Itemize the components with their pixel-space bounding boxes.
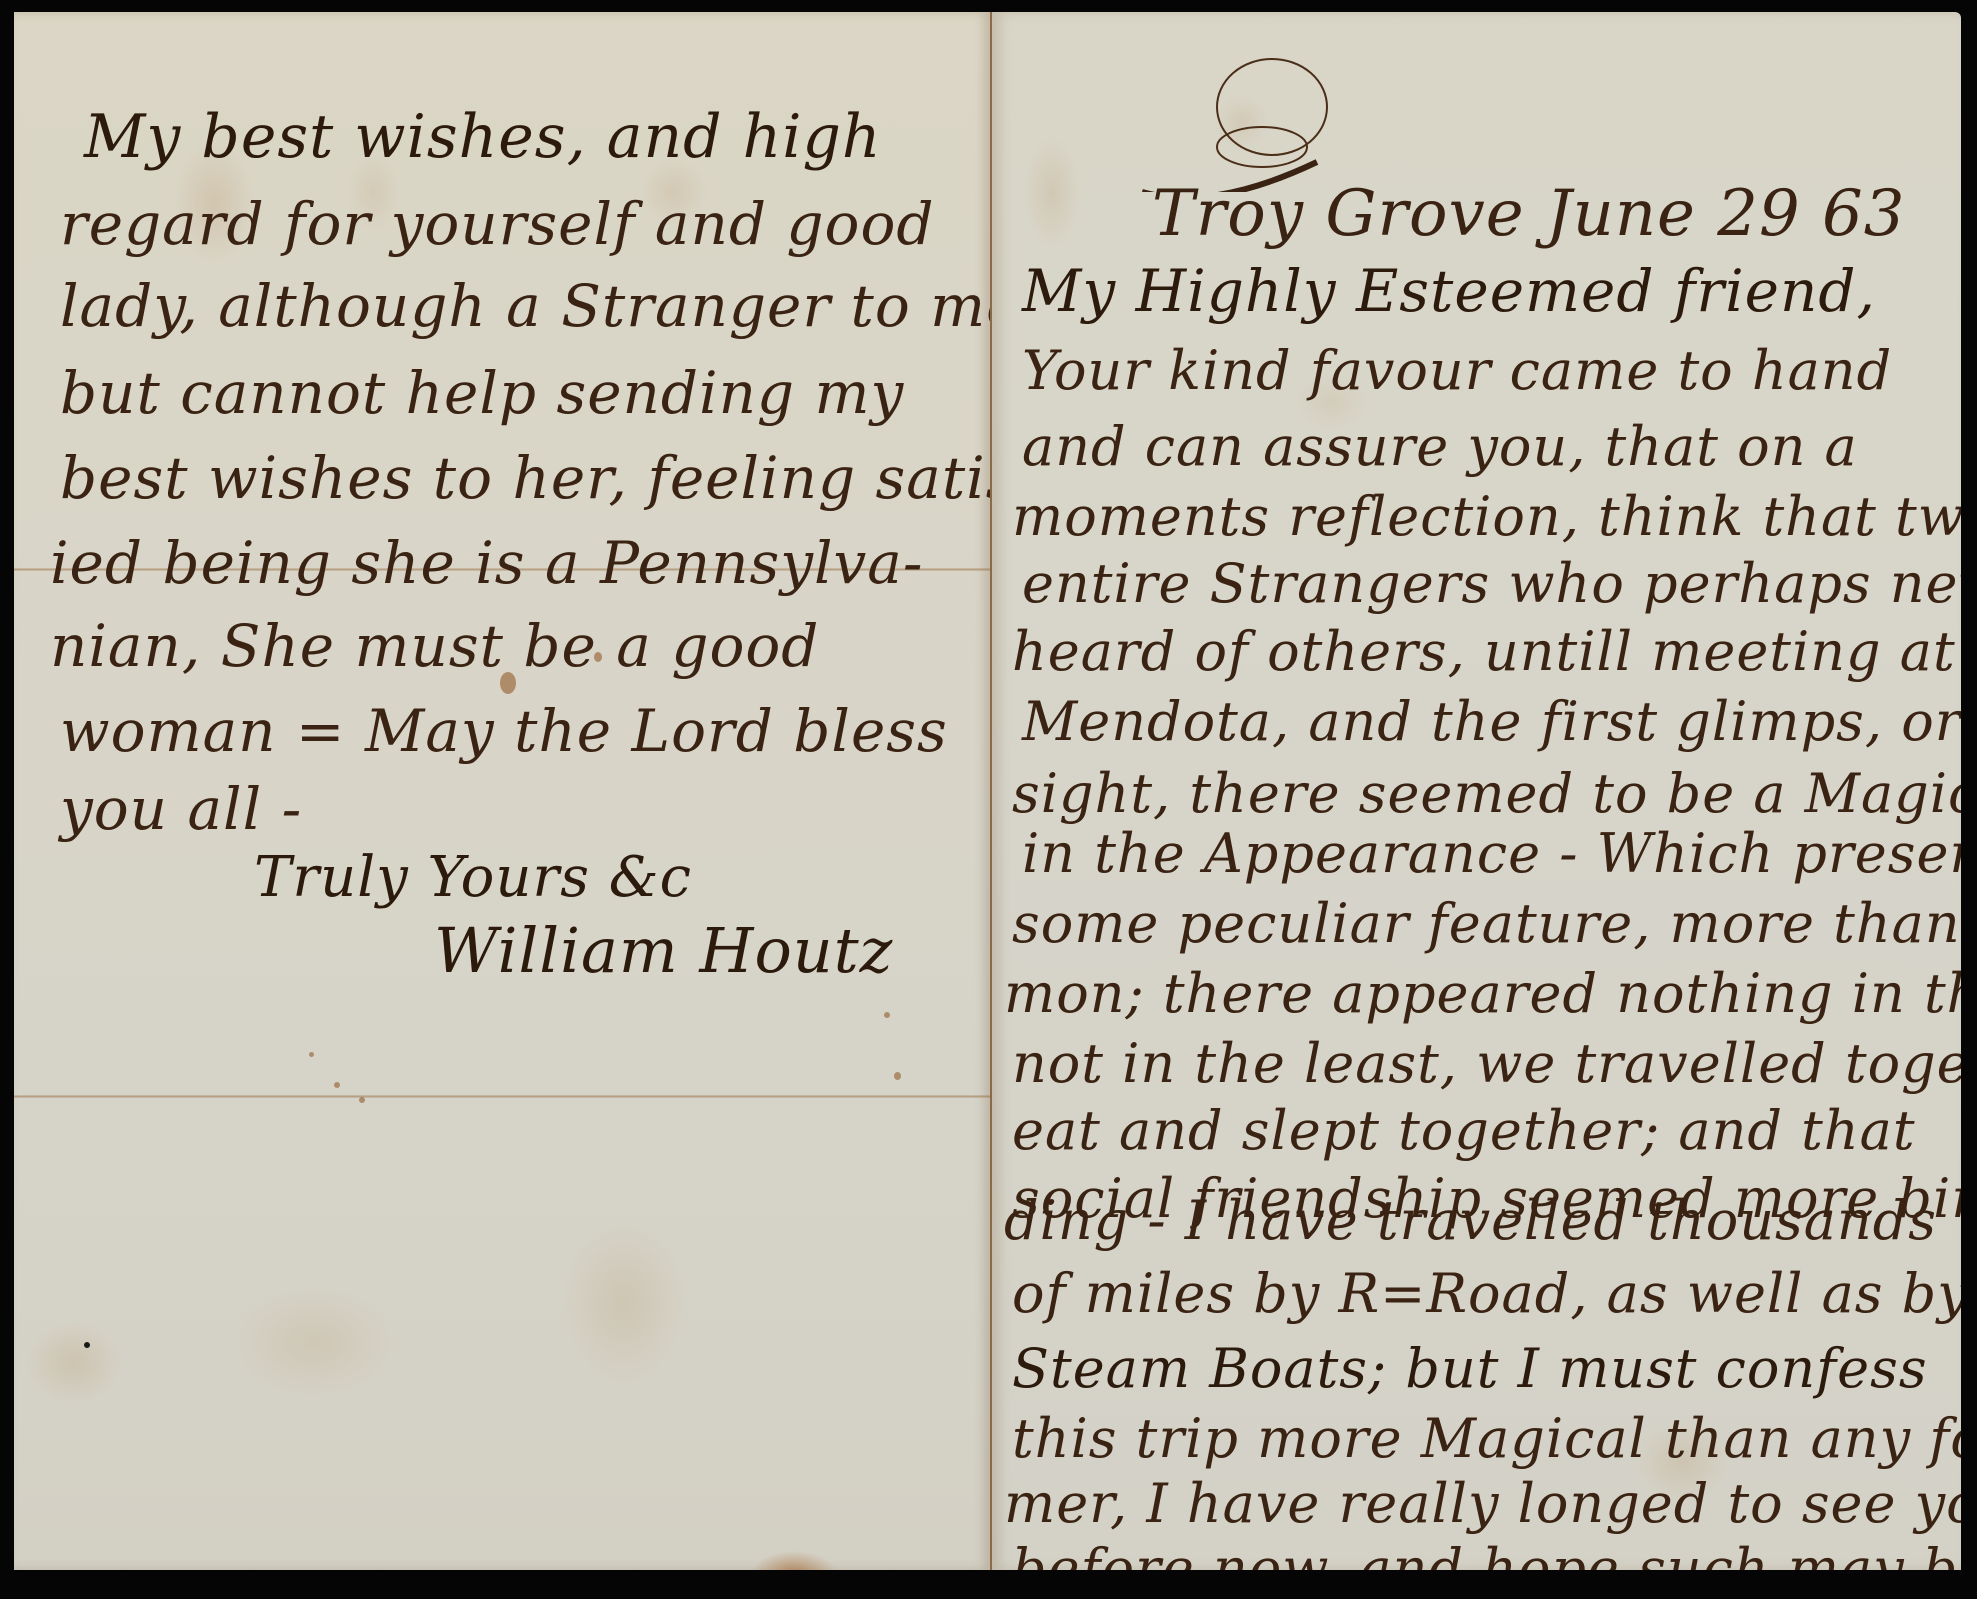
letter-line: before now, and hope such may be xyxy=(1012,1542,1961,1570)
letter-line: ied being she is a Pennsylva- xyxy=(50,534,923,592)
letter-line: of miles by R=Road, as well as by xyxy=(1012,1267,1961,1321)
letter-line: mon; there appeared nothing in the way, xyxy=(1004,967,1961,1021)
salutation: My Highly Esteemed friend, xyxy=(1022,262,1876,320)
letter-line: sight, there seemed to be a Magic xyxy=(1012,767,1961,821)
letter-line: woman = May the Lord bless xyxy=(60,702,948,760)
letter-line: this trip more Magical than any for- xyxy=(1012,1412,1961,1466)
letter-line: best wishes to her, feeling satisf- xyxy=(60,449,992,507)
ink-blot xyxy=(309,1052,314,1057)
ink-dot xyxy=(84,1342,90,1348)
signature: William Houtz xyxy=(434,920,893,982)
letter-line: and can assure you, that on a xyxy=(1022,420,1858,474)
ink-blot xyxy=(359,1097,365,1103)
ink-blot xyxy=(500,672,516,694)
letter-line: eat and slept together; and that xyxy=(1012,1104,1916,1158)
letter-line: nian, She must be a good xyxy=(50,617,819,675)
left-page: My best wishes, and high regard for your… xyxy=(14,12,992,1570)
closing: Truly Yours &c xyxy=(254,850,692,906)
letter-line: mer, I have really longed to see you xyxy=(1004,1477,1961,1531)
letter-heading: Troy Grove June 29 63 xyxy=(1152,182,1905,246)
letter-line: but cannot help sending my xyxy=(60,364,904,422)
letter-line: Your kind favour came to hand xyxy=(1022,344,1892,398)
letter-line: My best wishes, and high xyxy=(84,107,882,167)
letter-line: regard for yourself and good xyxy=(60,195,935,253)
letter-line: not in the least, we travelled togeth- xyxy=(1012,1037,1961,1091)
fold-crease-lower xyxy=(14,1095,990,1098)
letter-line: heard of others, untill meeting at xyxy=(1012,625,1956,679)
letter-line: Mendota, and the first glimps, or xyxy=(1022,695,1961,749)
letter-line: some peculiar feature, more than com- xyxy=(1012,897,1961,951)
decorative-flourish-icon xyxy=(1132,52,1332,192)
letter-line: Steam Boats; but I must confess xyxy=(1012,1342,1928,1396)
ink-blot xyxy=(334,1082,340,1088)
ink-blot xyxy=(894,1072,901,1080)
letter-line: moments reflection, think that two xyxy=(1012,490,1961,544)
right-page: Troy Grove June 29 63 My Highly Esteemed… xyxy=(992,12,1961,1570)
letter-line: lady, although a Stranger to me xyxy=(60,277,992,335)
letter-line: in the Appearance - Which presented xyxy=(1022,827,1961,881)
letter-line: ding - I have travelled thousands xyxy=(1004,1194,1937,1248)
letter-line: you all - xyxy=(60,780,302,838)
ink-blot xyxy=(594,652,602,662)
letter-line: entire Strangers who perhaps never xyxy=(1022,557,1961,611)
ink-blot xyxy=(884,1012,890,1018)
